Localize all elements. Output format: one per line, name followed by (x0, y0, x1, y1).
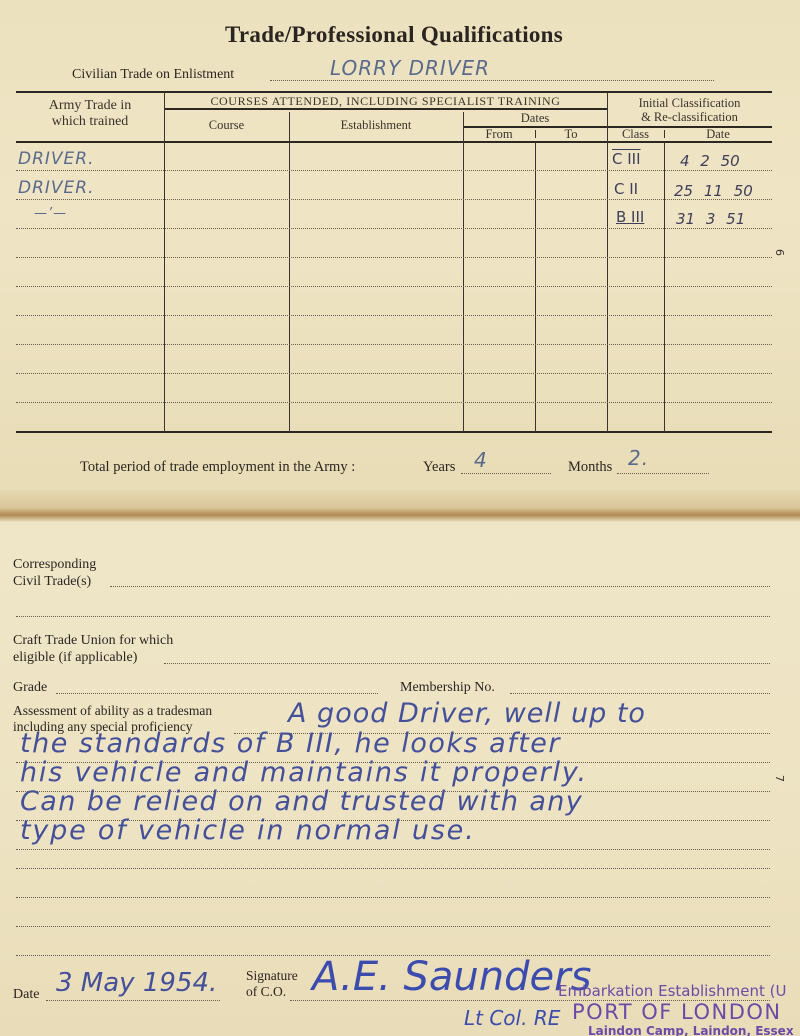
page-title: Trade/Professional Qualifications (0, 22, 788, 48)
col-divider (664, 142, 665, 432)
header-date: Date (664, 127, 772, 141)
row-line (16, 228, 772, 229)
header-course: Course (164, 118, 289, 132)
signature-label-line1: Signature (246, 968, 298, 984)
row-line (16, 344, 772, 345)
header-bottom-rule (16, 141, 772, 143)
assessment-line-1: A good Driver, well up to (288, 698, 646, 729)
assessment-line-2: the standards of B III, he looks after (20, 728, 561, 759)
years-label: Years (423, 459, 455, 476)
months-field-line (617, 473, 709, 474)
stamp-line-3: Laindon Camp, Laindon, Essex (588, 1024, 794, 1036)
cell-army-trade[interactable]: DRIVER. (18, 149, 95, 169)
signature-label-line2: of C.O. (246, 984, 298, 1000)
header-courses-group: COURSES ATTENDED, INCLUDING SPECIALIST T… (164, 94, 607, 108)
cell-army-trade[interactable]: DRIVER. (18, 178, 95, 198)
cell-date[interactable]: 31 3 51 (676, 210, 745, 228)
signature-rank: Lt Col. RE (464, 1006, 560, 1030)
cell-army-trade[interactable]: —’— (34, 206, 67, 221)
signature-label: Signature of C.O. (246, 968, 298, 1000)
assessment-line (16, 897, 770, 898)
col-divider (164, 92, 165, 432)
header-army-trade-line1: Army Trade in (16, 98, 164, 114)
stamp-line-1: Embarkation Establishment (U (558, 982, 786, 1000)
years-value[interactable]: 4 (474, 448, 488, 472)
header-to: To (535, 127, 607, 141)
years-field-line (461, 473, 551, 474)
civilian-trade-value[interactable]: LORRY DRIVER (330, 56, 490, 80)
months-value[interactable]: 2. (628, 446, 649, 470)
row-line (16, 199, 772, 200)
header-army-trade: Army Trade in which trained (16, 98, 164, 130)
membership-field-line[interactable] (510, 693, 770, 694)
assessment-line (16, 849, 770, 850)
row-line (16, 170, 772, 171)
union-label-line2: eligible (if applicable) (13, 649, 173, 666)
col-divider (607, 92, 608, 432)
stamp-line-2: PORT OF LONDON (572, 1000, 782, 1024)
assessment-line (16, 868, 770, 869)
header-establishment: Establishment (289, 118, 463, 132)
row-line (16, 402, 772, 403)
assessment-line (16, 926, 770, 927)
col-divider (535, 142, 536, 432)
margin-page-number-top: 6 (773, 249, 786, 256)
grade-label: Grade (13, 680, 47, 696)
civil-trade-field-line[interactable] (110, 586, 770, 587)
civilian-trade-label: Civilian Trade on Enlistment (72, 67, 234, 83)
header-army-trade-line2: which trained (16, 114, 164, 130)
assessment-line-3: his vehicle and maintains it properly. (20, 757, 588, 788)
assessment-label-line1: Assessment of ability as a tradesman (13, 703, 212, 719)
total-period-label: Total period of trade employment in the … (80, 459, 355, 476)
row-line (16, 257, 772, 258)
cell-date[interactable]: 25 11 50 (674, 182, 753, 200)
cell-class[interactable]: B III (616, 208, 644, 226)
union-field-line[interactable] (164, 663, 770, 664)
union-label: Craft Trade Union for which eligible (if… (13, 632, 173, 666)
row-line (16, 286, 772, 287)
assessment-line-5: type of vehicle in normal use. (20, 815, 475, 846)
months-label: Months (568, 459, 612, 476)
row-line (16, 315, 772, 316)
civil-trade-label: Corresponding Civil Trade(s) (13, 556, 96, 590)
header-classification-group: Initial Classification & Re-classificati… (607, 96, 772, 124)
date-label: Date (13, 987, 39, 1003)
signature-value[interactable]: A.E. Saunders (312, 954, 591, 1000)
col-divider (289, 112, 290, 432)
assessment-line-4: Can be relied on and trusted with any (20, 786, 583, 817)
header-classification-line1: Initial Classification (607, 96, 772, 110)
civil-trade-label-line2: Civil Trade(s) (13, 573, 96, 590)
civil-trade-label-line1: Corresponding (13, 556, 96, 573)
civil-trade-field-line-2[interactable] (16, 616, 770, 617)
col-divider (463, 112, 464, 432)
margin-page-number-bottom: 7 (773, 775, 786, 782)
cell-class[interactable]: C III (612, 150, 641, 168)
civilian-trade-field-line (270, 80, 714, 81)
header-class: Class (607, 127, 664, 141)
cell-class[interactable]: C II (614, 180, 638, 198)
header-classification-line2: & Re-classification (607, 110, 772, 124)
header-dates: Dates (463, 111, 607, 125)
union-label-line1: Craft Trade Union for which (13, 632, 173, 649)
cell-date[interactable]: 4 2 50 (680, 152, 740, 170)
grade-field-line[interactable] (56, 693, 378, 694)
table-bottom-rule (16, 431, 772, 433)
date-field-line (46, 1000, 220, 1001)
membership-label: Membership No. (400, 680, 495, 696)
date-value[interactable]: 3 May 1954. (56, 968, 217, 998)
header-from: From (463, 127, 535, 141)
row-line (16, 373, 772, 374)
page-fold (0, 490, 800, 522)
courses-group-rule (164, 108, 607, 110)
